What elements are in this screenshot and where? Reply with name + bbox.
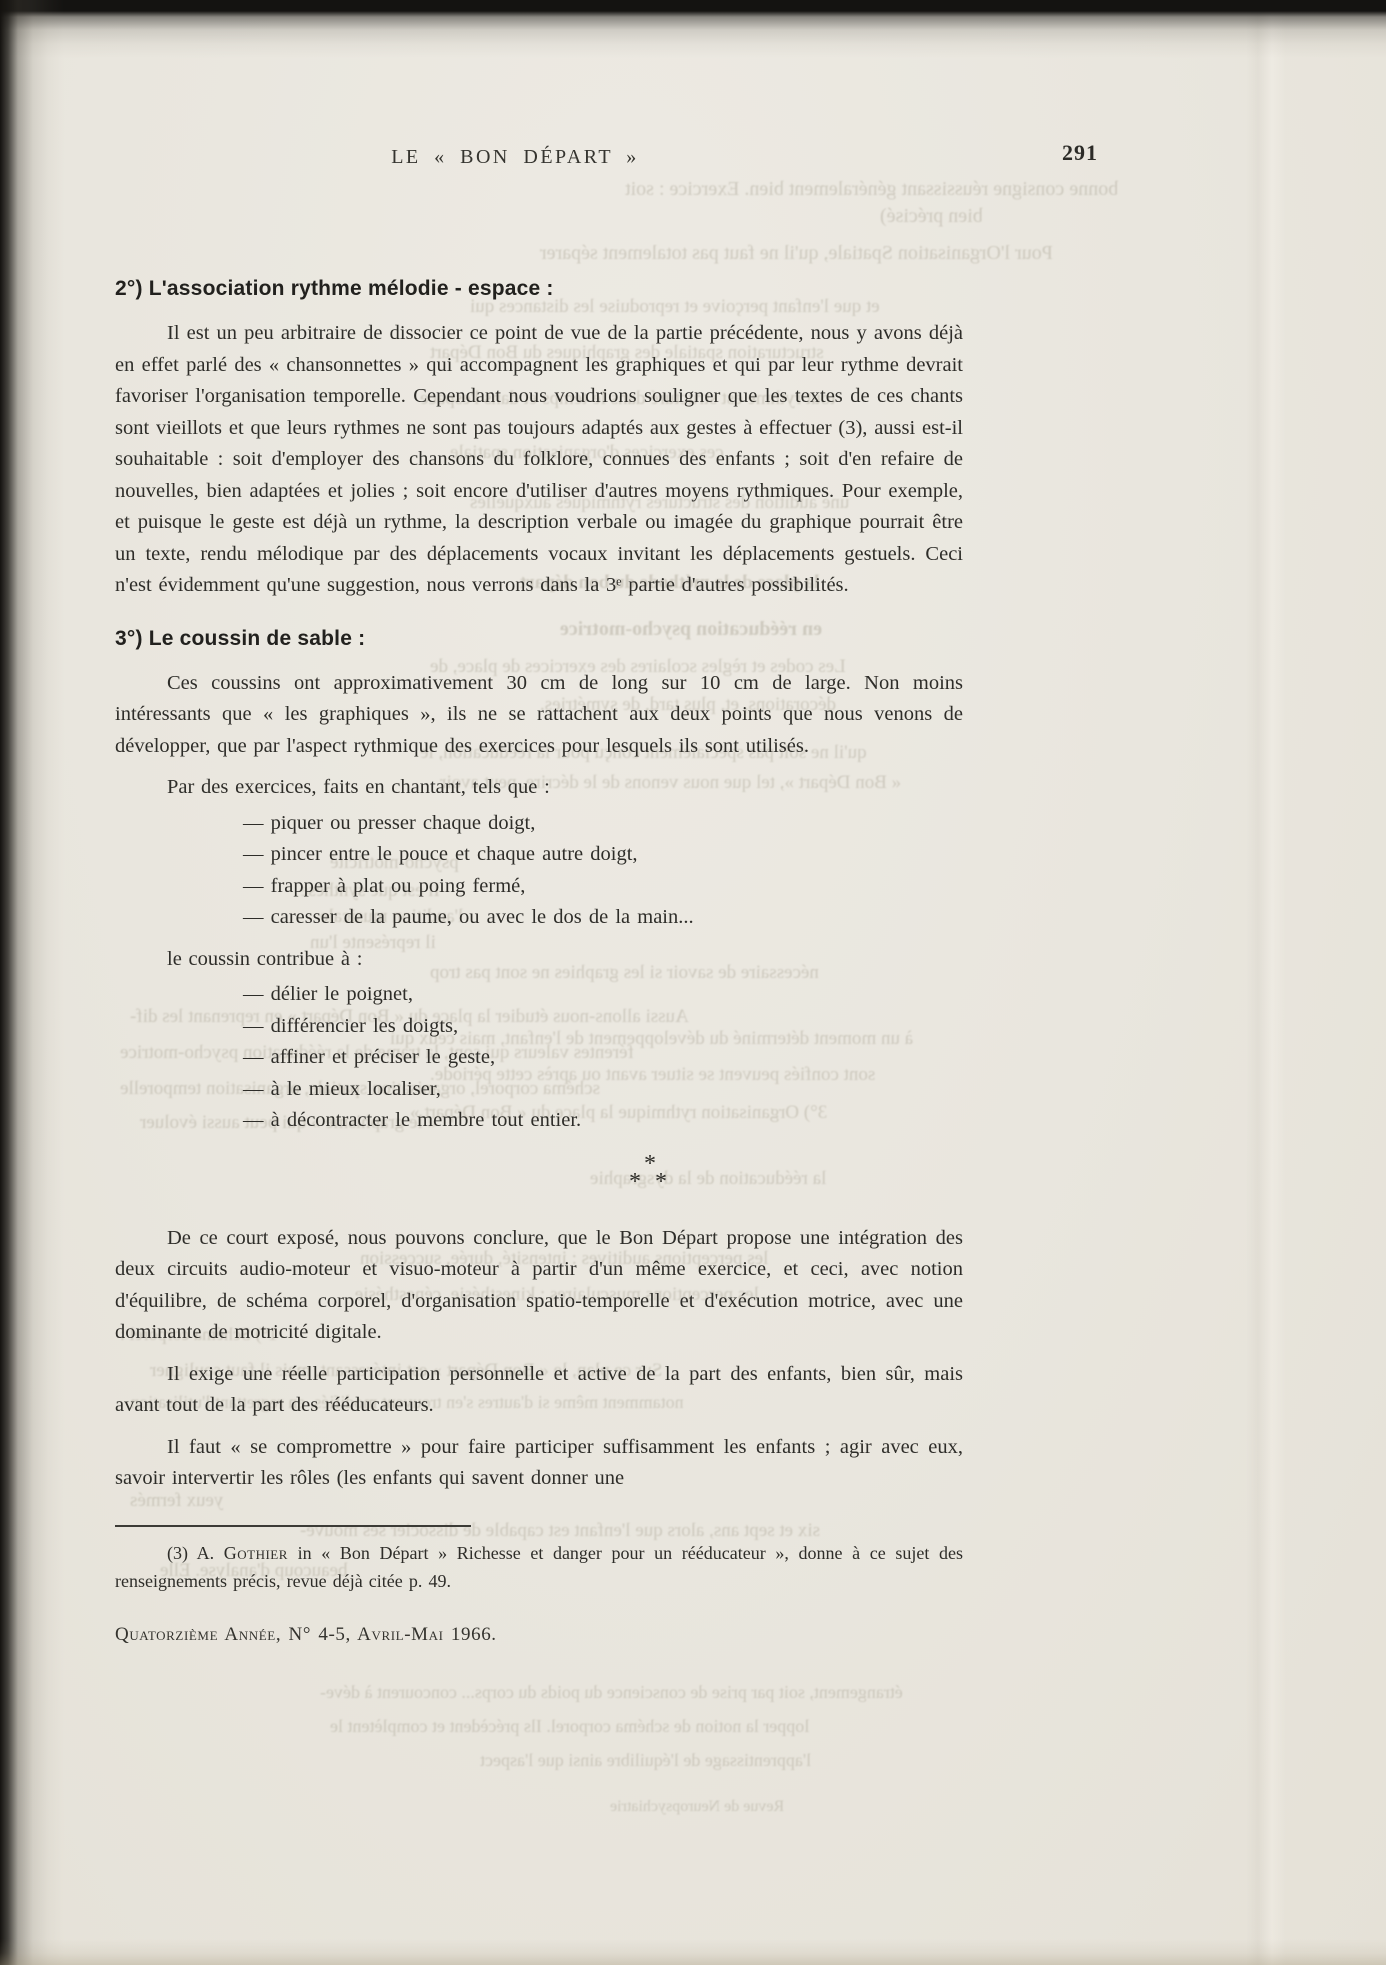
paragraph-rhythm-melody-space: Il est un peu arbitraire de dissocier ce… [115,318,963,602]
bleedthrough-line: l'apprentissage de l'équilibre ainsi que… [480,1750,811,1771]
text-column: 2°) L'association rythme mélodie - espac… [115,262,963,1646]
bleedthrough-line: étrangement, soit par prise de conscienc… [320,1682,903,1703]
footnote-author: Gothier [224,1543,288,1563]
page-crease [1246,0,1286,1965]
footnote-ref-prefix: (3) A. [167,1543,224,1563]
section-heading-sand-cushion: 3°) Le coussin de sable : [115,624,963,654]
section-heading-rhythm-melody-space: 2°) L'association rythme mélodie - espac… [115,274,963,304]
paragraph-conclusion-compromettre: Il faut « se compromettre » pour faire p… [115,1432,963,1495]
page-number: 291 [1062,140,1098,166]
paragraph-conclusion-integration: De ce court exposé, nous pouvons conclur… [115,1223,963,1349]
bleedthrough-line: bonne consigne réussissant généralement … [625,178,1118,201]
list-item: — caresser de la paume, ou avec le dos d… [243,902,963,934]
bleedthrough-line: Revue de Neuropsychiatrie [610,1798,784,1816]
scanned-book-page: bonne consigne réussissant généralement … [0,0,1386,1965]
paragraph-exercises-intro: Par des exercices, faits en chantant, te… [115,772,963,804]
running-head-title: LE « BON DÉPART » [0,146,1030,169]
list-item: — à décontracter le membre tout entier. [243,1105,963,1137]
bleedthrough-line: lopper la notion de schéma corporel. Ils… [330,1716,809,1737]
asterisk-icon: * * [615,1171,685,1193]
list-item: — à le mieux localiser, [243,1074,963,1106]
list-item: — délier le poignet, [243,979,963,1011]
paragraph-cushion-description: Ces coussins ont approximativement 30 cm… [115,668,963,763]
footnote-rule [115,1525,471,1527]
bleedthrough-line: bien précisé) [880,205,983,228]
list-item: — différencier les doigts, [243,1011,963,1043]
paragraph-conclusion-participation: Il exige une réelle participation person… [115,1359,963,1422]
asterisk-divider: * * * [615,1157,685,1193]
list-item: — affiner et préciser le geste, [243,1042,963,1074]
contribution-list: — délier le poignet, — différencier les … [115,979,963,1137]
list-item: — piquer ou presser chaque doigt, [243,808,963,840]
footnote-block: (3) A. Gothier in « Bon Départ » Richess… [115,1525,963,1596]
scan-edge-top [0,0,1386,58]
paragraph-cushion-contributes: le coussin contribue à : [115,944,963,976]
journal-issue-line: Quatorzième Année, N° 4-5, Avril-Mai 196… [115,1624,963,1646]
scan-edge-left [0,0,64,1965]
footnote-text: (3) A. Gothier in « Bon Départ » Richess… [115,1539,963,1596]
list-item: — pincer entre le pouce et chaque autre … [243,839,963,871]
scan-edge-bottom [0,1939,1386,1965]
list-item: — frapper à plat ou poing fermé, [243,871,963,903]
exercise-list: — piquer ou presser chaque doigt, — pinc… [115,808,963,934]
